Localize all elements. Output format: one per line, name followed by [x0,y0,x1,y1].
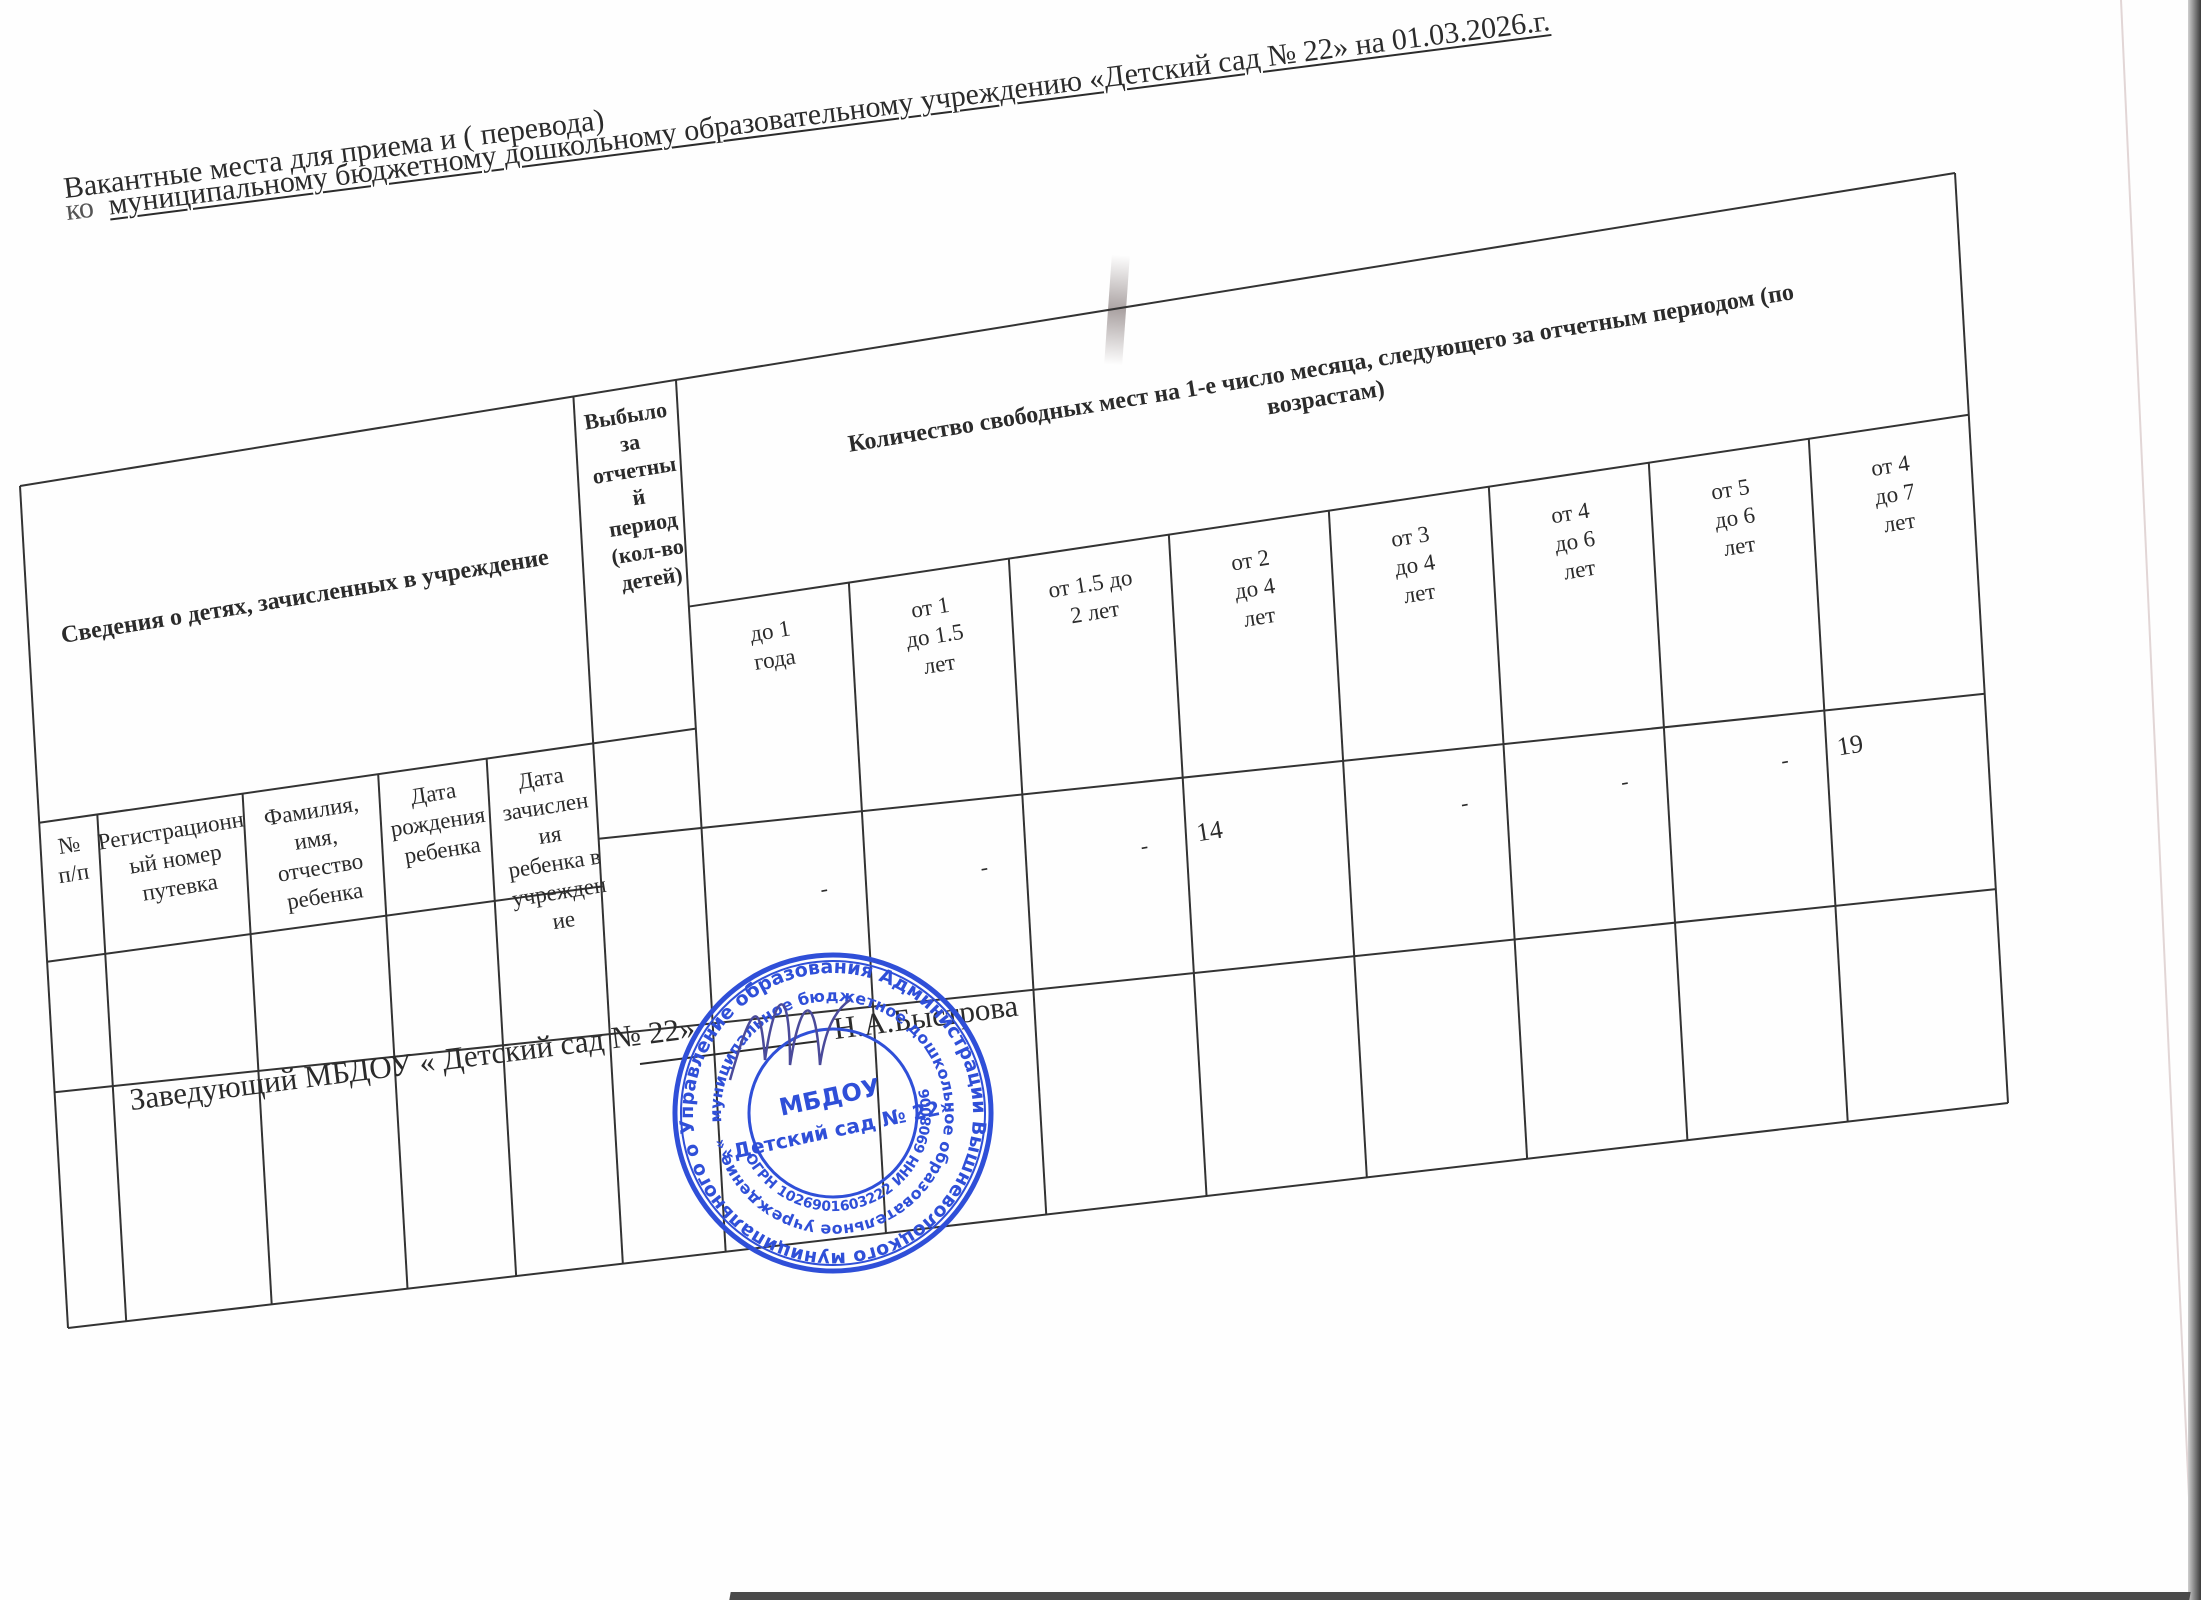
vacancy-value-1_5_to_2: - [1139,833,1150,859]
vacancy-table: Сведения о детях, зачисленных в учрежден… [0,0,2201,1600]
column-divider [1489,487,1527,1159]
column-header-1_to_1_5: от 1до 1.5лет [900,590,970,681]
vacancy-value-under_1: - [818,875,829,901]
column-header-4_to_6: от 4до 6лет [1548,497,1601,585]
column-divider [1329,511,1367,1178]
column-divider [487,759,516,1276]
column-header-2_to_4: от 2до 4лет [1228,544,1282,632]
table-border-top [20,173,1955,486]
column-divider [97,814,126,1321]
table-border-right [1955,173,2008,1103]
vacancy-value-1_to_1_5: - [978,854,989,880]
column-header-under_1: до 1года [748,615,798,675]
vacancy-value-4_to_6: - [1619,768,1630,794]
column-divider [1809,439,1848,1122]
column-header-reg_number: Регистрационный номерпутевка [96,806,255,911]
vacancy-value-5_to_6: - [1779,747,1790,773]
column-header-full_name: Фамилия,имя,отчестворебенка [262,791,374,916]
header-divider [573,396,593,743]
column-divider [1169,535,1207,1196]
left-out-divider [593,729,696,744]
column-divider [1009,559,1046,1215]
column-header-enroll_date: Датазачисленияребенка вучреждение [492,758,613,940]
column-divider [593,743,623,1263]
scanner-edge-right [2188,0,2201,1600]
group-header-vacancies: Количество свободных мест на 1-е число м… [846,279,1800,487]
column-header-3_to_4: от 3до 4лет [1388,521,1442,609]
vacancy-value-4_to_7: 19 [1835,729,1865,762]
column-divider [243,794,272,1305]
scanned-page: Вакантные места для приема и ( перевода)… [0,0,2201,1600]
handwritten-signature-icon [720,970,860,1090]
vacancy-value-2_to_4: 14 [1194,815,1224,848]
table-border-left [20,486,68,1328]
column-divider [1649,463,1688,1140]
vacancy-value-3_to_4: - [1459,790,1470,816]
column-header-1_5_to_2: от 1.5 до2 лет [1046,565,1138,632]
data-row-divider [599,694,1985,839]
column-header-num: №п/п [52,830,91,888]
column-header-birth_date: Датарожденияребенка [384,773,492,870]
column-header-5_to_6: от 5до 6лет [1708,474,1761,562]
scanner-edge-bottom [729,1592,2190,1600]
group-header-children: Сведения о детях, зачисленных в учрежден… [59,544,551,649]
table-border-bottom [68,1103,2008,1328]
column-header-4_to_7: от 4до 7лет [1868,450,1921,538]
